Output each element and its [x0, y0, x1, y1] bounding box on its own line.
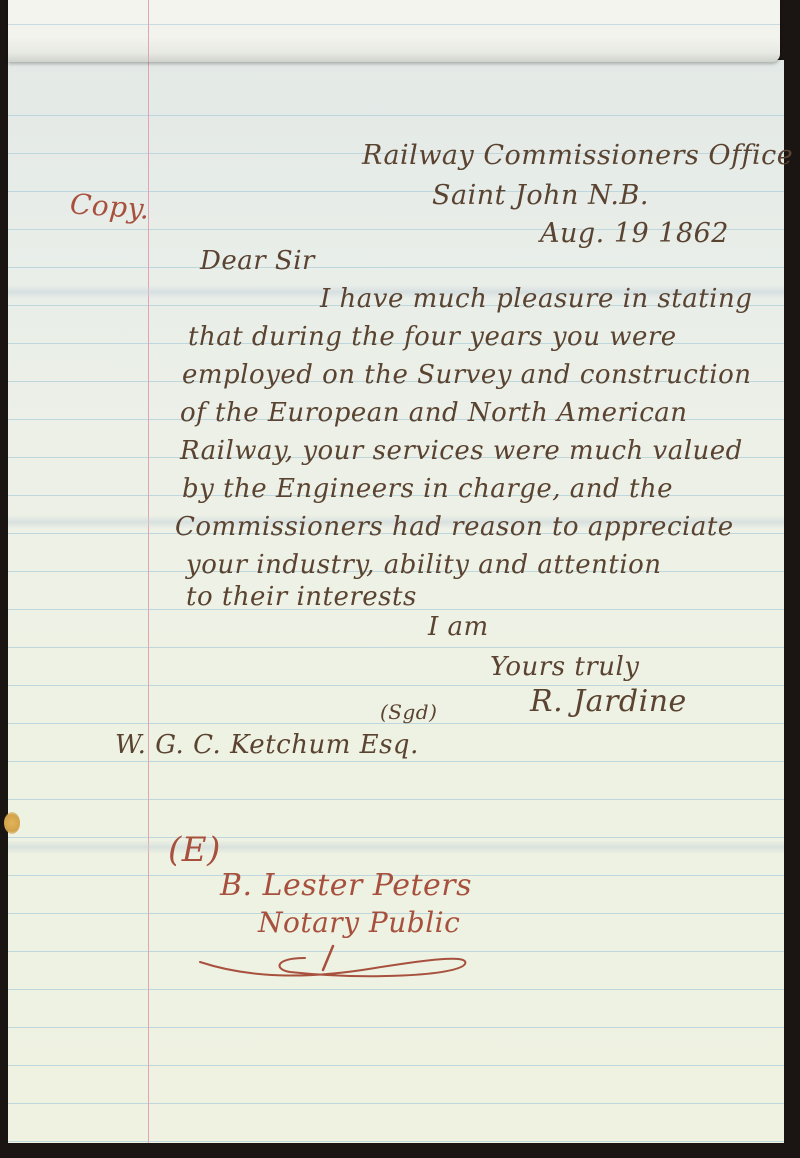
body-line: Railway, your services were much valued [180, 436, 743, 466]
body-line: by the Engineers in charge, and the [182, 474, 673, 504]
signed-mark: (Sgd) [380, 700, 437, 724]
salutation: Dear Sir [200, 246, 315, 276]
paper-stain [4, 812, 20, 834]
body-line: I have much pleasure in stating [320, 284, 752, 314]
body-line: of the European and North American [180, 398, 688, 428]
body-line: your industry, ability and attention [186, 550, 662, 580]
seal-mark: (E) [168, 830, 221, 870]
body-line: to their interests [186, 582, 417, 612]
copy-annotation: Copy. [69, 187, 151, 225]
folded-top-flap [8, 0, 780, 62]
letterhead-office: Railway Commissioners Office [362, 140, 793, 171]
notary-signature-name: B. Lester Peters [220, 868, 472, 903]
letter-date: Aug. 19 1862 [540, 218, 729, 249]
addressee: W. G. C. Ketchum Esq. [115, 730, 419, 760]
body-line: employed on the Survey and construction [182, 360, 751, 390]
notary-signature-title: Notary Public [258, 906, 460, 939]
letterhead-location: Saint John N.B. [432, 180, 649, 211]
closing-yours-truly: Yours truly [490, 652, 639, 682]
paper-crease [8, 840, 784, 854]
body-line: Commissioners had reason to appreciate [175, 512, 734, 542]
body-line: that during the four years you were [188, 322, 677, 352]
signature-jardine: R. Jardine [530, 684, 687, 719]
signature-flourish-icon [195, 940, 475, 990]
closing-i-am: I am [428, 612, 489, 642]
